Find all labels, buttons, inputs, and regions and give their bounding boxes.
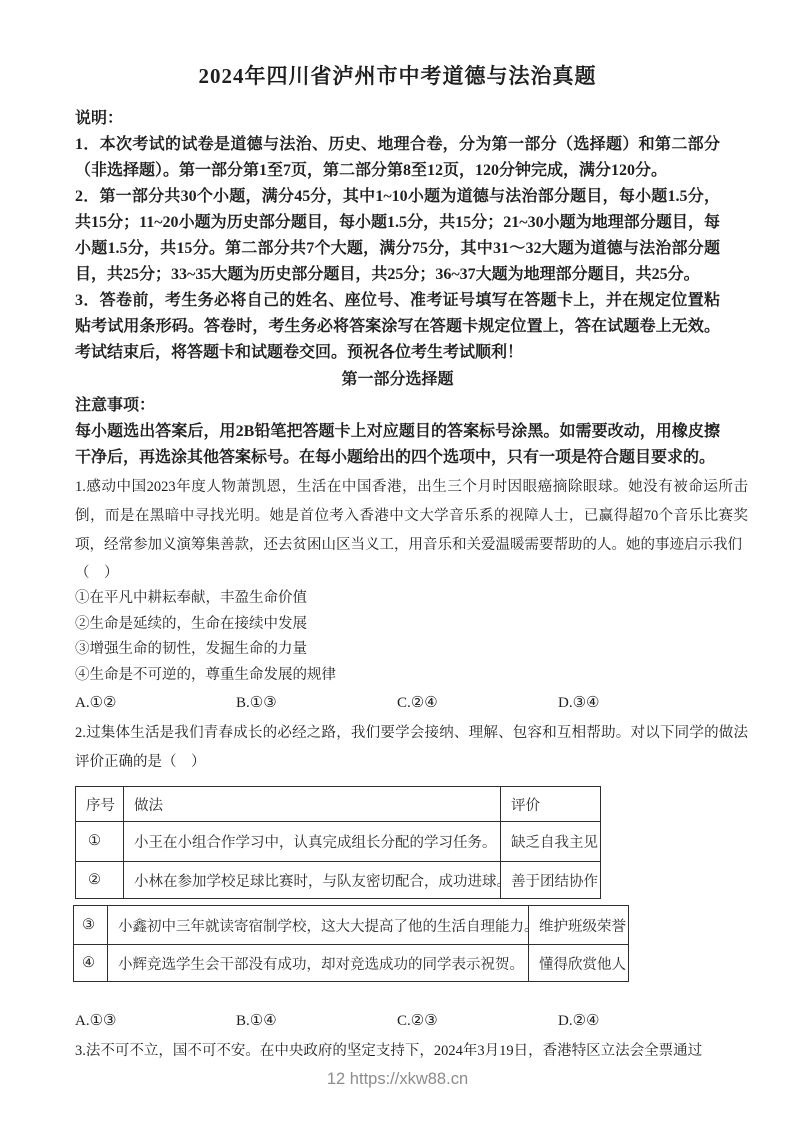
choice-item: ③增强生命的韧性，发掘生命的力量 bbox=[75, 637, 720, 663]
choice-item: ④生命是不可逆的，尊重生命发展的规律 bbox=[75, 663, 720, 689]
notice-text: 每小题选出答案后，用2B铅笔把答题卡上对应题目的答案标号涂黑。如需要改动，用橡皮… bbox=[75, 419, 720, 471]
instruction-item-3: 3．答卷前，考生务必将自己的姓名、座位号、准考证号填写在答题卡上，并在规定位置粘… bbox=[75, 288, 720, 366]
exam-title: 2024年四川省泸州市中考道德与法治真题 bbox=[75, 60, 720, 90]
option-c: C.②③ bbox=[397, 1007, 558, 1035]
row-number: ③ bbox=[74, 906, 108, 945]
row-number: ② bbox=[76, 862, 124, 899]
row-action: 小鑫初中三年就读寄宿制学校，这大大提高了他的生活自理能力。 bbox=[108, 906, 529, 945]
notice-heading: 注意事项： bbox=[75, 393, 720, 419]
row-evaluation: 维护班级荣誉 bbox=[529, 906, 629, 945]
question-2-table-lower: ③ 小鑫初中三年就读寄宿制学校，这大大提高了他的生活自理能力。 维护班级荣誉 ④… bbox=[73, 905, 629, 982]
question-1-stem: 1.感动中国2023年度人物萧凯恩，生活在中国香港，出生三个月时因眼癌摘除眼球。… bbox=[75, 473, 748, 560]
row-action: 小王在小组合作学习中，认真完成组长分配的学习任务。 bbox=[124, 822, 501, 862]
exam-page: 2024年四川省泸州市中考道德与法治真题 说明： 1．本次考试的试卷是道德与法治… bbox=[0, 0, 795, 1125]
row-evaluation: 缺乏自我主见 bbox=[501, 822, 601, 862]
instruction-item-1: 1．本次考试的试卷是道德与法治、历史、地理合卷，分为第一部分（选择题）和第二部分… bbox=[75, 132, 720, 184]
question-3-stem: 3.法不可不立，国不可不安。在中央政府的坚定支持下，2024年3月19日，香港特… bbox=[75, 1037, 748, 1066]
option-a: A.①③ bbox=[75, 1007, 236, 1035]
question-2: 2.过集体生活是我们青春成长的必经之路，我们要学会接纳、理解、包容和互相帮助。对… bbox=[75, 719, 720, 1035]
question-2-table-upper: 序号 做法 评价 ① 小王在小组合作学习中，认真完成组长分配的学习任务。 缺乏自… bbox=[75, 786, 601, 899]
option-d: D.③④ bbox=[558, 689, 719, 717]
instructions-heading: 说明： bbox=[75, 106, 720, 132]
choice-item: ①在平凡中耕耘奉献，丰盈生命价值 bbox=[75, 586, 720, 612]
notice-section: 注意事项： 每小题选出答案后，用2B铅笔把答题卡上对应题目的答案标号涂黑。如需要… bbox=[75, 393, 720, 471]
question-1: 1.感动中国2023年度人物萧凯恩，生活在中国香港，出生三个月时因眼癌摘除眼球。… bbox=[75, 473, 720, 717]
col-header-action: 做法 bbox=[124, 787, 501, 822]
part1-heading: 第一部分选择题 bbox=[75, 366, 720, 393]
table-row: ① 小王在小组合作学习中，认真完成组长分配的学习任务。 缺乏自我主见 bbox=[76, 822, 601, 862]
option-c: C.②④ bbox=[397, 689, 558, 717]
footer-watermark: 12 https://xkw88.cn bbox=[75, 1069, 720, 1089]
table-row: ③ 小鑫初中三年就读寄宿制学校，这大大提高了他的生活自理能力。 维护班级荣誉 bbox=[74, 906, 629, 945]
option-b: B.①③ bbox=[236, 689, 397, 717]
col-header-number: 序号 bbox=[76, 787, 124, 822]
table-row: ② 小林在参加学校足球比赛时，与队友密切配合，成功进球。 善于团结协作 bbox=[76, 862, 601, 899]
row-action: 小林在参加学校足球比赛时，与队友密切配合，成功进球。 bbox=[124, 862, 501, 899]
table-row: ④ 小辉竞选学生会干部没有成功，却对竞选成功的同学表示祝贺。 懂得欣赏他人 bbox=[74, 945, 629, 982]
row-action: 小辉竞选学生会干部没有成功，却对竞选成功的同学表示祝贺。 bbox=[108, 945, 529, 982]
row-number: ④ bbox=[74, 945, 108, 982]
option-b: B.①④ bbox=[236, 1007, 397, 1035]
row-evaluation: 懂得欣赏他人 bbox=[529, 945, 629, 982]
question-3: 3.法不可不立，国不可不安。在中央政府的坚定支持下，2024年3月19日，香港特… bbox=[75, 1037, 720, 1066]
row-evaluation: 善于团结协作 bbox=[501, 862, 601, 899]
instruction-item-2: 2．第一部分共30个小题，满分45分，其中1~10小题为道德与法治部分题目，每小… bbox=[75, 184, 720, 288]
row-number: ① bbox=[76, 822, 124, 862]
choice-item: ②生命是延续的，生命在接续中发展 bbox=[75, 612, 720, 638]
option-a: A.①② bbox=[75, 689, 236, 717]
question-1-choices: ①在平凡中耕耘奉献，丰盈生命价值 ②生命是延续的，生命在接续中发展 ③增强生命的… bbox=[75, 586, 720, 688]
table-header-row: 序号 做法 评价 bbox=[76, 787, 601, 822]
instructions-section: 说明： 1．本次考试的试卷是道德与法治、历史、地理合卷，分为第一部分（选择题）和… bbox=[75, 106, 720, 366]
question-1-answer-blank: （ ） bbox=[75, 560, 720, 586]
option-d: D.②④ bbox=[558, 1007, 719, 1035]
question-1-options: A.①② B.①③ C.②④ D.③④ bbox=[75, 689, 720, 717]
col-header-evaluation: 评价 bbox=[501, 787, 601, 822]
question-2-options: A.①③ B.①④ C.②③ D.②④ bbox=[75, 1007, 720, 1035]
question-2-stem: 2.过集体生活是我们青春成长的必经之路，我们要学会接纳、理解、包容和互相帮助。对… bbox=[75, 719, 748, 777]
